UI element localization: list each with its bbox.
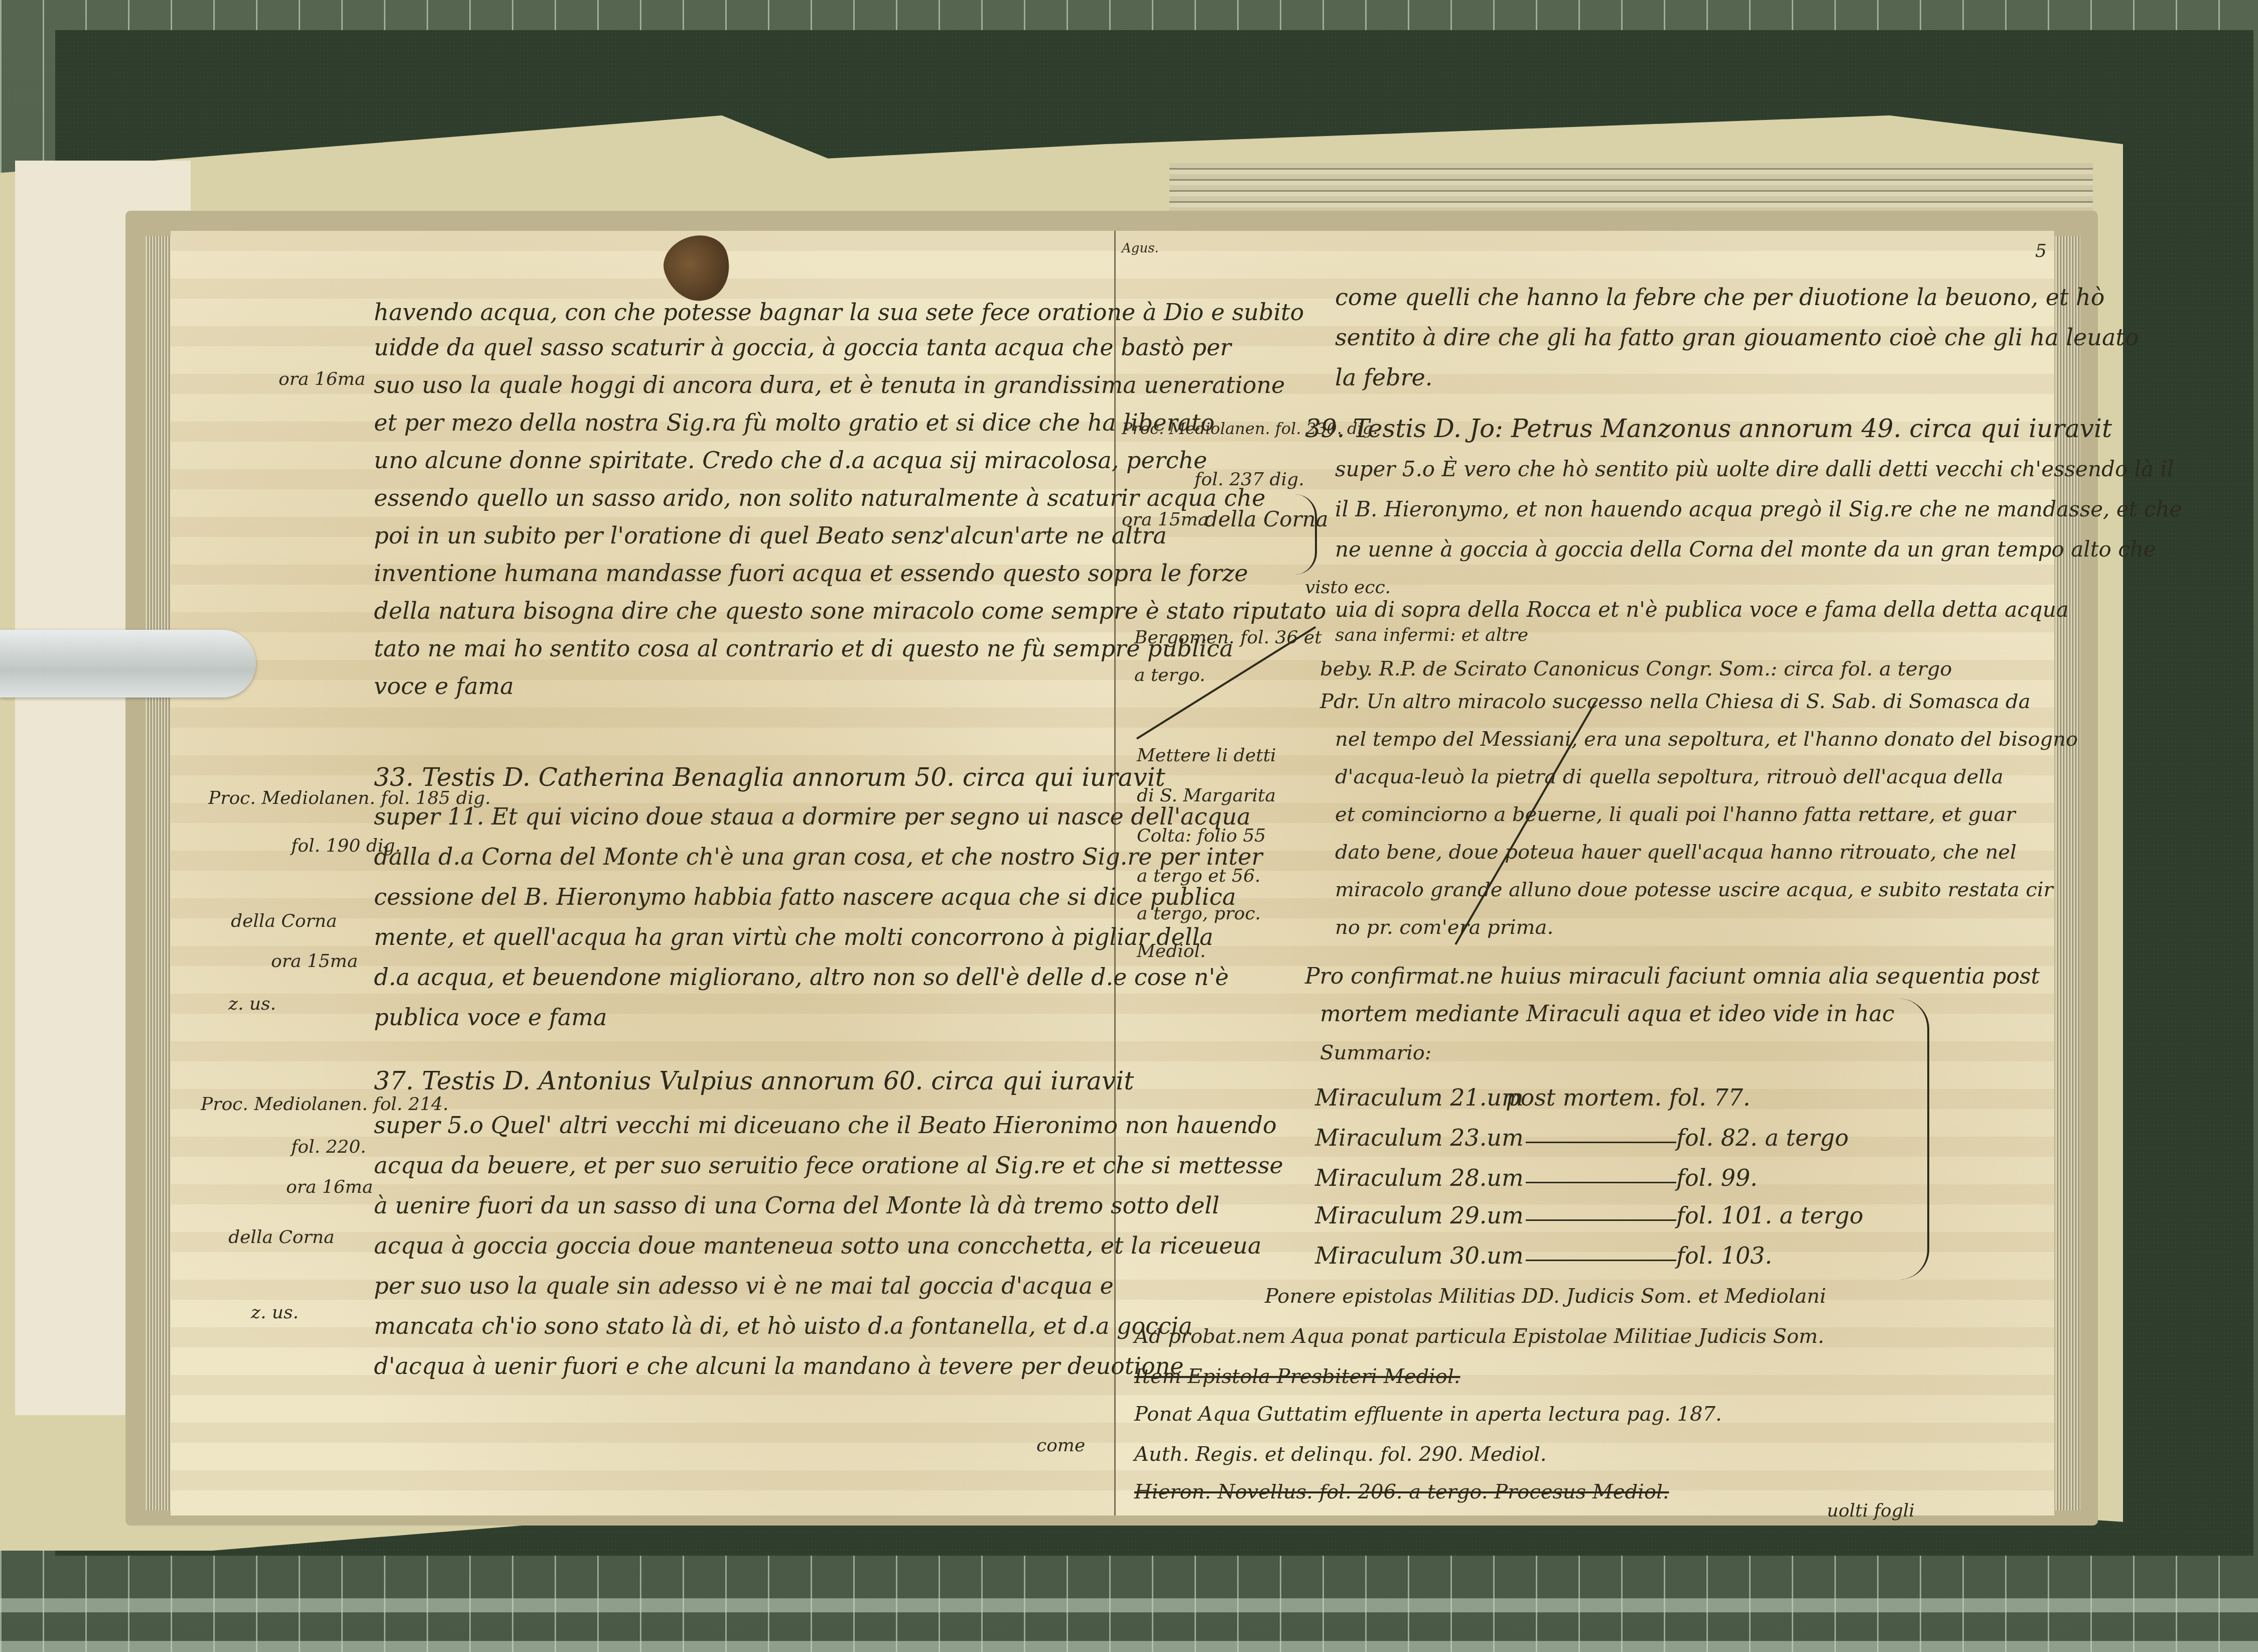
text-line: Pdr. Un altro miracolo successo nella Ch…: [1320, 690, 2031, 713]
testimony-heading: 37. Testis D. Antonius Vulpius annorum 6…: [374, 1066, 1134, 1095]
testimony-heading: 33. Testis D. Catherina Benaglia annorum…: [374, 763, 1165, 792]
text-line: voce e fama: [374, 672, 514, 700]
text-line: dalla d.a Corna del Monte ch'è una gran …: [374, 843, 1263, 870]
leader-line: [1526, 1182, 1676, 1183]
text-line: cessione del B. Hieronymo habbia fatto n…: [374, 883, 1236, 910]
folio-number: 5: [2035, 241, 2047, 261]
summary-item-detail: fol. 103.: [1676, 1242, 1772, 1269]
margin-note: ora 15ma: [271, 951, 358, 972]
scanner-grid-band: [0, 1641, 2258, 1652]
text-line: havendo acqua, con che potesse bagnar la…: [374, 299, 1304, 326]
text-line: dato bene, doue poteua hauer quell'acqua…: [1335, 841, 2017, 864]
text-line: per suo uso la quale sin adesso vi è ne …: [374, 1272, 1114, 1299]
margin-note: della Corna: [231, 911, 337, 931]
text-line: acqua à goccia goccia doue manteneua sot…: [374, 1232, 1261, 1259]
text-line: visto ecc.: [1305, 577, 1391, 598]
text-line: tato ne mai ho sentito cosa al contrario…: [374, 635, 1233, 662]
margin-note: a tergo, proc.: [1137, 903, 1261, 924]
text-line: d.a acqua, et beuendone migliorano, altr…: [374, 963, 1229, 991]
leader-line: [1526, 1219, 1676, 1221]
summary-item-detail: fol. 99.: [1676, 1164, 1758, 1191]
text-line: Ponat Aqua Guttatim effluente in aperta …: [1134, 1403, 1722, 1426]
text-line: d'acqua-leuò la pietra di quella sepoltu…: [1335, 765, 2004, 788]
summary-item-detail: fol. 101. a tergo: [1676, 1202, 1864, 1229]
struck-line: Item Epistola Presbiteri Mediol.: [1134, 1365, 1460, 1388]
text-line: Pro confirmat.ne huius miraculi faciunt …: [1305, 963, 2040, 989]
text-line: della natura bisogna dire che questo son…: [374, 597, 1326, 624]
margin-note: a tergo.: [1134, 665, 1205, 685]
text-line: suo uso la quale hoggi di ancora dura, e…: [374, 371, 1285, 398]
summary-item-label: Miraculum 30.um: [1315, 1242, 1524, 1269]
summary-item-detail: fol. 82. a tergo: [1676, 1124, 1848, 1151]
left-page-edges: [146, 236, 171, 1510]
leader-line: [1526, 1260, 1676, 1261]
margin-note: ora 16ma: [286, 1177, 373, 1197]
summary-item-detail: post mortem. fol. 77.: [1506, 1084, 1751, 1111]
text-line: et cominciorno a beuerne, li quali poi l…: [1335, 803, 2016, 826]
text-line: mortem mediante Miraculi aqua et ideo vi…: [1320, 1001, 1895, 1027]
text-line: super 5.o Quel' altri vecchi mi diceuano…: [374, 1112, 1277, 1139]
margin-note: Colta: folio 55: [1137, 825, 1266, 846]
text-line: uidde da quel sasso scaturir à goccia, à…: [374, 334, 1231, 361]
text-line: mente, et quell'acqua ha gran virtù che …: [374, 923, 1214, 950]
margin-note: fol. 220.: [291, 1137, 366, 1157]
text-line: acqua da beuere, et per suo seruitio fec…: [374, 1152, 1283, 1179]
text-line: miracolo grande alluno doue potesse usci…: [1335, 878, 2053, 901]
summary-item-label: Miraculum 29.um: [1315, 1202, 1524, 1229]
text-line: mancata ch'io sono stato là di, et hò ui…: [374, 1312, 1192, 1339]
text-line: super 11. Et qui vicino doue staua a dor…: [374, 803, 1251, 830]
margin-note: fol. 237 dig.: [1194, 469, 1304, 490]
binder-clip: [0, 630, 256, 698]
text-line: publica voce e fama: [374, 1004, 607, 1031]
text-line: la febre.: [1335, 364, 1432, 391]
text-line: essendo quello un sasso arido, non solit…: [374, 484, 1265, 511]
text-line: beby. R.P. de Scirato Canonicus Congr. S…: [1320, 657, 1952, 680]
text-line: nel tempo del Messiani, era una sepoltur…: [1335, 728, 2078, 751]
text-line: à uenire fuori da un sasso di una Corna …: [374, 1192, 1220, 1219]
margin-note: ora 15ma: [1122, 509, 1209, 530]
margin-note: di S. Margarita: [1137, 785, 1276, 806]
margin-bracket: [1295, 494, 1317, 575]
margin-note: della Corna: [228, 1227, 334, 1248]
margin-note: z. us.: [228, 994, 276, 1014]
text-line: Summario:: [1320, 1041, 1431, 1064]
footer-note: uolti fogli: [1827, 1500, 1915, 1521]
catchword: come: [1036, 1435, 1085, 1456]
margin-note: a tergo et 56.: [1137, 866, 1261, 886]
text-line: no pr. com'era prima.: [1335, 916, 1553, 939]
text-line: et per mezo della nostra Sig.ra fù molto…: [374, 409, 1215, 436]
text-line: uia di sopra della Rocca et n'è publica …: [1335, 597, 2069, 622]
summary-item-label: Miraculum 23.um: [1315, 1124, 1524, 1151]
text-line: ne uenne à goccia à goccia della Corna d…: [1335, 537, 2156, 562]
summary-item-label: Miraculum 21.um: [1315, 1084, 1524, 1111]
struck-line: Hieron. Novellus. fol. 206. a tergo. Pro…: [1134, 1480, 1669, 1503]
testimony-heading: 39. Testis D. Jo: Petrus Manzonus annoru…: [1305, 414, 2112, 443]
margin-note: Bergomen. fol. 36 et: [1134, 627, 1322, 648]
margin-note: z. us.: [251, 1302, 299, 1323]
text-line: Ad probat.nem Aqua ponat particula Epist…: [1134, 1325, 1824, 1348]
margin-note: ora 16ma: [279, 369, 365, 389]
text-line: poi in un subito per l'oratione di quel …: [374, 522, 1167, 549]
summary-bracket: [1897, 999, 1929, 1280]
text-line: Auth. Regis. et delinqu. fol. 290. Medio…: [1134, 1443, 1546, 1466]
text-line: Ponere epistolas Militias DD. Judicis So…: [1265, 1285, 1826, 1308]
text-line: d'acqua à uenir fuori e che alcuni la ma…: [374, 1352, 1184, 1380]
top-note: Agus.: [1122, 241, 1159, 256]
text-line: inventione humana mandasse fuori acqua e…: [374, 560, 1248, 587]
text-line: super 5.o È vero che hò sentito più uolt…: [1335, 457, 2174, 481]
text-line: il B. Hieronymo, et non hauendo acqua pr…: [1335, 497, 2182, 521]
text-line: uno alcune donne spiritate. Credo che d.…: [374, 447, 1207, 474]
summary-item-label: Miraculum 28.um: [1315, 1164, 1524, 1191]
margin-note: Mettere li detti: [1137, 745, 1276, 766]
text-line: come quelli che hanno la febre che per d…: [1335, 284, 2104, 311]
text-line: sana infermi: et altre: [1335, 625, 1528, 645]
leader-line: [1526, 1142, 1676, 1143]
margin-note: Mediol.: [1137, 941, 1206, 961]
scanner-grid-band: [0, 1598, 2258, 1612]
text-line: sentito à dire che gli ha fatto gran gio…: [1335, 324, 2139, 351]
